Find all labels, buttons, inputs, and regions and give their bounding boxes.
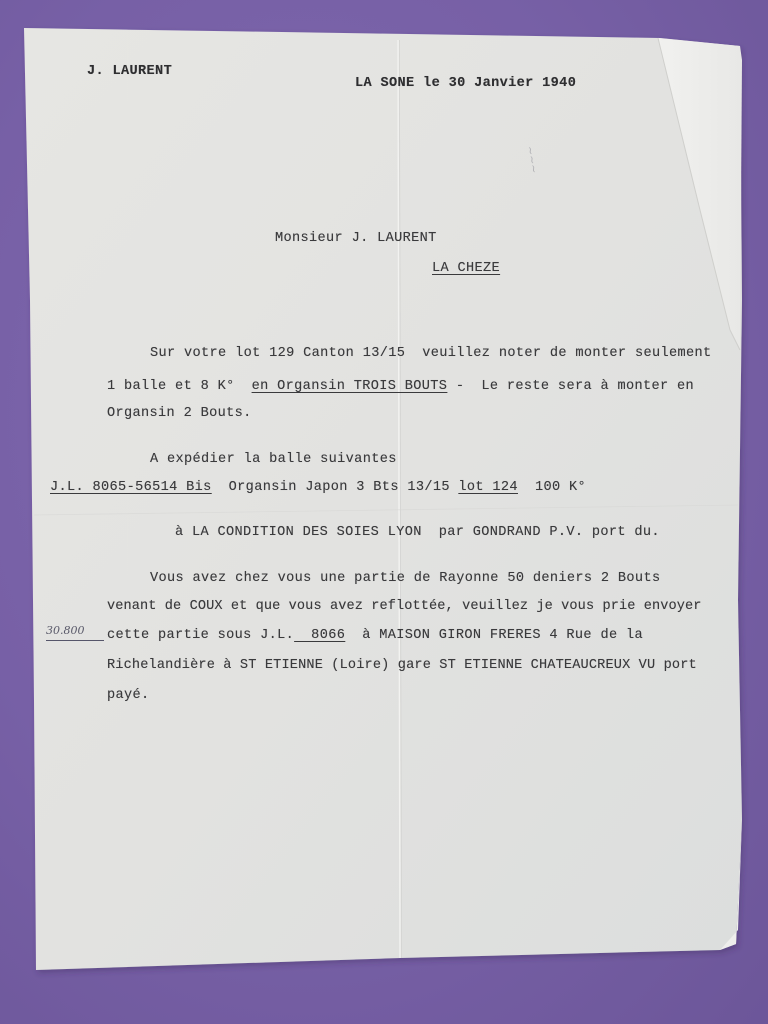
remainder-text: - Le reste sera à monter en	[456, 379, 694, 394]
paragraph-2-line-1: A expédier la balle suivantes	[150, 452, 397, 468]
paragraph-3-line-5: payé.	[107, 688, 150, 704]
sender-name: J. LAURENT	[87, 64, 172, 80]
paragraph-2-line-3: à LA CONDITION DES SOIES LYON par GONDRA…	[175, 525, 660, 541]
lot-reference: Sur votre lot 129 Canton 13/15	[150, 346, 405, 361]
lot-number: lot 124	[458, 480, 518, 495]
paragraph-2-line-2: J.L. 8065-56514 Bis Organsin Japon 3 Bts…	[50, 480, 586, 496]
paragraph-1-line-1: Sur votre lot 129 Canton 13/15 veuillez …	[150, 346, 712, 362]
paragraph-3-line-2: venant de COUX et que vous avez reflotté…	[107, 599, 702, 615]
paragraph-3-line-1: Vous avez chez vous une partie de Rayonn…	[150, 571, 660, 587]
shipment-reference-label: cette partie sous J.L.	[107, 628, 294, 643]
organsin-three-ends: en Organsin TROIS BOUTS	[252, 379, 448, 394]
paragraph-3-line-4: Richelandière à ST ETIENNE (Loire) gare …	[107, 658, 697, 674]
bale-description: Organsin Japon 3 Bts 13/15	[229, 480, 450, 495]
bale-weight: 100 K°	[535, 480, 586, 495]
handwritten-margin-note: 30.800	[46, 624, 85, 637]
recipient-name: Monsieur J. LAURENT	[275, 231, 437, 247]
instruction-text: veuillez noter de monter seulement	[422, 346, 711, 361]
paragraph-3-line-3: cette partie sous J.L. 8066 à MAISON GIR…	[107, 628, 643, 644]
bale-reference: J.L. 8065-56514 Bis	[50, 480, 212, 495]
paragraph-1-line-3: Organsin 2 Bouts.	[107, 406, 252, 422]
paper-background	[0, 0, 768, 1024]
place-and-date: LA SONE le 30 Janvier 1940	[355, 76, 576, 92]
paragraph-1-line-2: 1 balle et 8 K° en Organsin TROIS BOUTS …	[107, 379, 694, 395]
recipient-city: LA CHEZE	[432, 261, 500, 277]
handwritten-note-underline	[46, 640, 104, 641]
shipment-number: 8066	[294, 628, 345, 643]
consignee-address: à MAISON GIRON FRERES 4 Rue de la	[362, 628, 643, 643]
quantity-text: 1 balle et 8 K°	[107, 379, 235, 394]
letter-sheet: J. LAURENT LA SONE le 30 Janvier 1940 Mo…	[0, 0, 768, 1024]
